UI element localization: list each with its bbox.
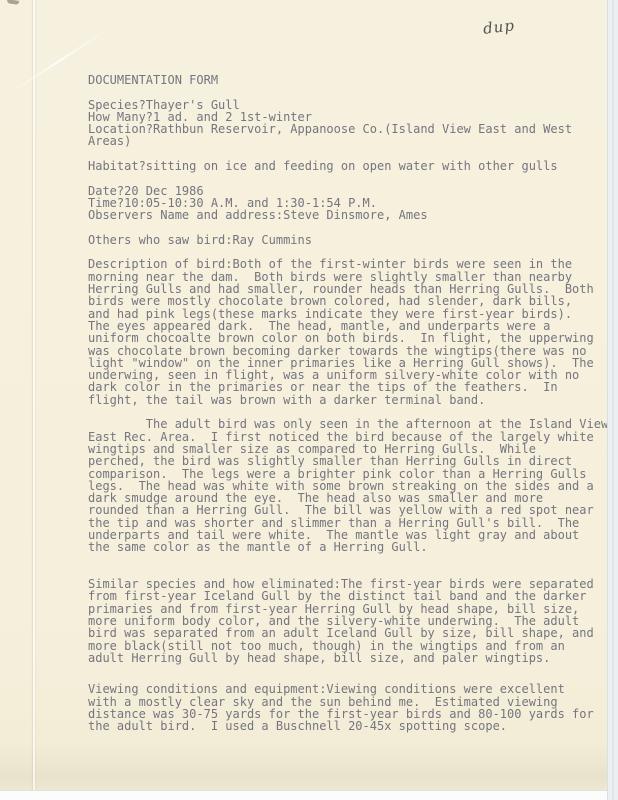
scanned-document: dup DOCUMENTATION FORM Species?Thayer's … [0,0,618,800]
field-habitat: Habitat?sitting on ice and feeding on op… [88,160,613,172]
description-first-winter-paragraph: Description of bird:Both of the first-wi… [88,258,613,406]
field-others-who-saw: Others who saw bird:Ray Cummins [88,234,613,246]
field-date-time-observer: Date?20 Dec 1986 Time?10:05-10:30 A.M. a… [88,185,613,222]
similar-species-paragraph: Similar species and how eliminated:The f… [88,578,613,664]
field-species-howmany-location: Species?Thayer's Gull How Many?1 ad. and… [88,99,613,148]
scanner-edge-right [607,0,618,800]
typed-text-column: DOCUMENTATION FORM Species?Thayer's Gull… [88,74,613,732]
paper-fold-line [33,0,35,790]
scanner-edge-line [612,0,614,800]
corner-mark [7,0,19,5]
scanner-edge-bottom [0,790,607,800]
description-adult-paragraph: The adult bird was only seen in the afte… [88,418,613,553]
viewing-conditions-paragraph: Viewing conditions and equipment:Viewing… [88,683,613,732]
handwritten-note: dup [482,16,516,38]
form-title: DOCUMENTATION FORM [88,74,613,86]
paper-page: dup DOCUMENTATION FORM Species?Thayer's … [0,0,607,790]
